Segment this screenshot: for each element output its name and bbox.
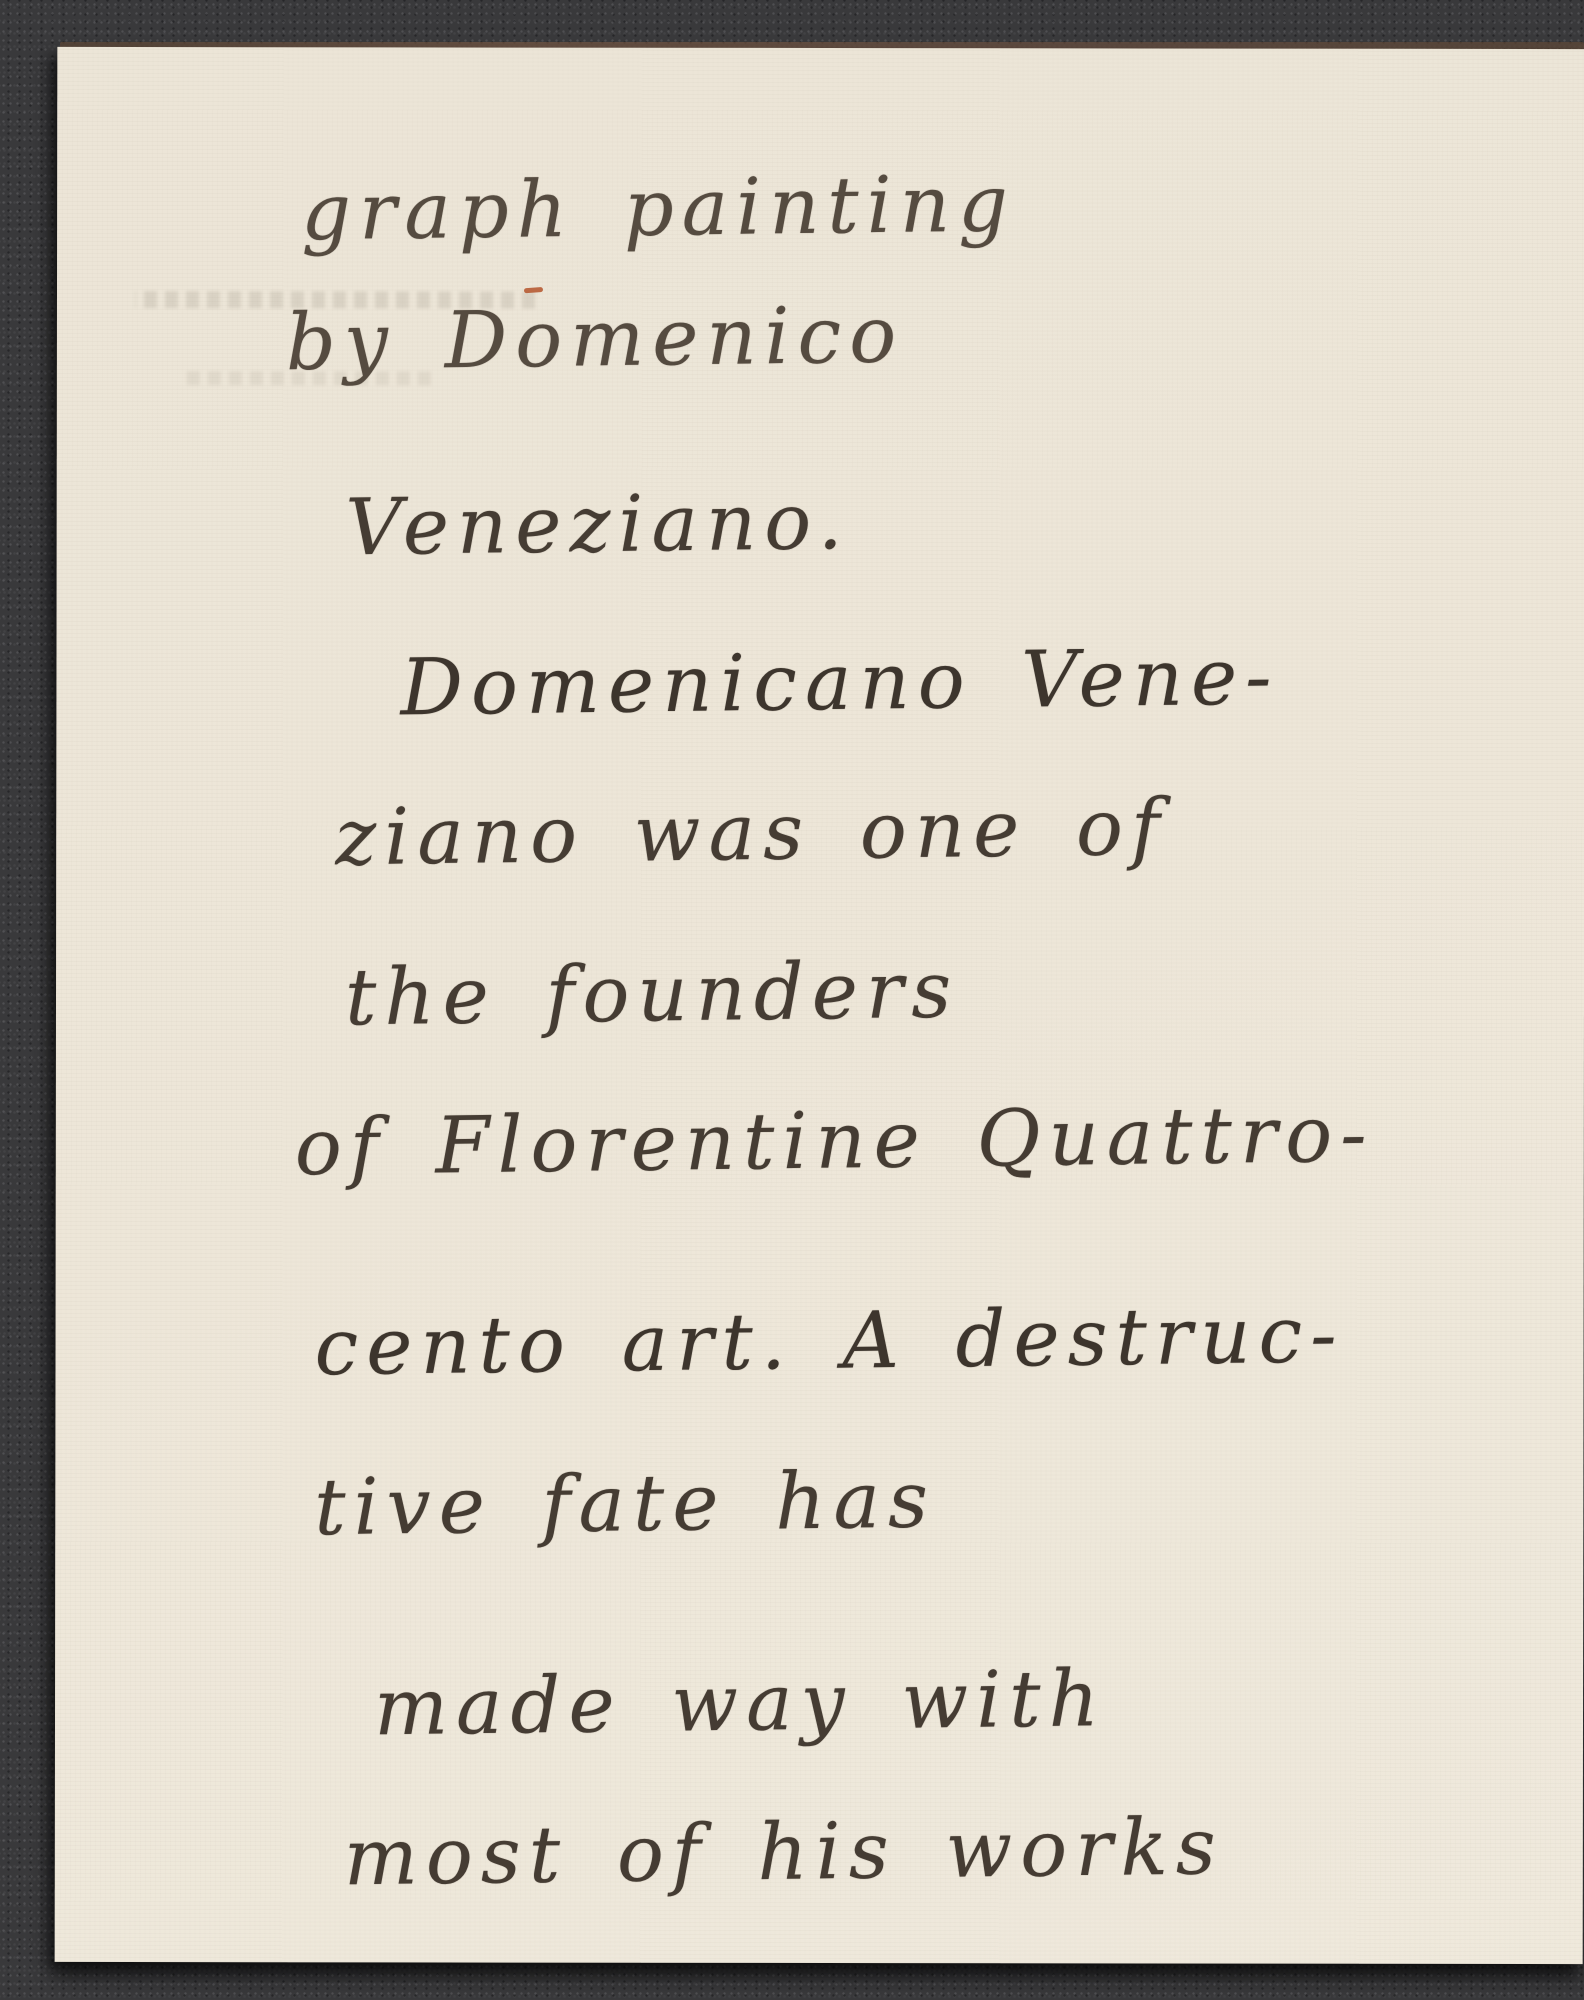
handwritten-line: of Florentine Quattro- xyxy=(294,1088,1375,1197)
handwritten-line: Domenicano Vene- xyxy=(400,630,1280,736)
handwritten-line: tive fate has xyxy=(314,1453,937,1556)
handwritten-line: ziano was one of xyxy=(335,781,1169,886)
handwritten-line: most of his works xyxy=(343,1800,1224,1906)
handwritten-line: Veneziano. xyxy=(345,475,851,576)
handwritten-line: made way with xyxy=(373,1652,1107,1756)
handwritten-line: by Domenico xyxy=(285,288,904,391)
handwritten-line: graph painting xyxy=(301,157,1017,261)
handwritten-line: the founders xyxy=(344,944,959,1047)
letter-page: graph painting by Domenico Veneziano. Do… xyxy=(55,47,1584,1964)
scan-background-mat: graph painting by Domenico Veneziano. Do… xyxy=(0,0,1584,2000)
handwritten-line: cento art. A destruc- xyxy=(314,1288,1345,1396)
